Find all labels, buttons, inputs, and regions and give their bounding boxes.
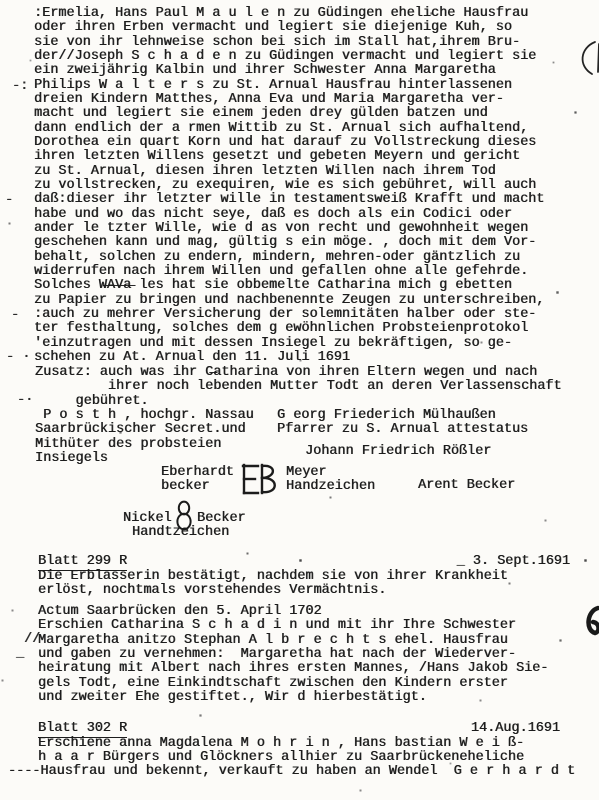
text-line: :Ermelia, Hans Paul M a u l e n zu Güdin…	[34, 7, 544, 21]
text-line: macht und legiert sie einem jeden drey g…	[34, 107, 544, 121]
text-line: ander le tzter Wille, wie d as von recht…	[34, 222, 544, 236]
margin-mark: - ·	[6, 351, 30, 365]
blatt-299-body: Die Erblasserin bestätigt, nachdem sie v…	[38, 570, 508, 599]
text-line: ter festhaltung, solches dem g ewöhnlich…	[34, 322, 544, 336]
signature-johann: Johann Friedrich Rößler	[305, 445, 491, 459]
handwritten-paren-annotation	[571, 40, 599, 76]
text-line: Erschien Catharina S c h a d i n und mit…	[38, 619, 548, 633]
text-line: und gaben zu vernehmen: Margaretha hat n…	[38, 648, 548, 662]
margin-mark: -	[5, 194, 13, 208]
text-line: Margaretha anitzo Stephan A l b r e c h …	[38, 634, 548, 648]
blatt-302-last-line: ----Hausfrau und bekennt, verkauft zu ha…	[8, 765, 575, 779]
signature-meyer: MeyerHandzeichen	[286, 466, 375, 495]
text-line: Solches W̶A̶V̶a̶ les hat sie obbemelte C…	[34, 279, 544, 293]
signature-arent-becker: Arent Becker	[418, 479, 515, 493]
text-line: G eorg Friederich Mülhaußen	[277, 409, 528, 423]
text-line: gebühret.	[35, 395, 562, 409]
text-line: behalt, solchen zu endern, mindern, mehr…	[34, 251, 544, 265]
text-line: Actum Saarbrücken den 5. April 1702	[38, 605, 548, 619]
text-line: zu vollstrecken, zu exequiren, wie es si…	[34, 179, 544, 193]
text-line: sie von ihr lehnweise schon bei sich im …	[34, 36, 544, 50]
blatt-302-body: Erschiene anna Magdalena M o h r i n , H…	[38, 737, 524, 766]
text-line: zu Papier zu bringen und nachbenennte Ze…	[34, 294, 544, 308]
eb-monogram-handmark	[238, 462, 280, 496]
zusatz-note: Zusatz: auch was ihr C̶atharina von ihre…	[35, 366, 562, 409]
text-line: becker	[161, 480, 234, 494]
text-line: Die Erblasserin bestätigt, nachdem sie v…	[38, 570, 508, 584]
margin-mark: -:	[12, 80, 28, 94]
text-line: Handzeichen	[286, 480, 375, 494]
text-line: Saarbrückischer Secret.und	[35, 423, 254, 437]
text-line: Erschiene anna Magdalena M o h r i n , H…	[38, 737, 524, 751]
text-line: P o s t h , hochgr. Nassau	[35, 409, 254, 423]
text-line: Philips W a l t e r s zu St. Arnual Haus…	[34, 79, 544, 93]
text-line: Zusatz: auch was ihr C̶atharina von ihre…	[35, 366, 562, 380]
testament-paragraph: :Ermelia, Hans Paul M a u l e n zu Güdin…	[34, 7, 544, 365]
handwritten-six-annotation	[583, 605, 599, 636]
margin-mark: -·	[17, 394, 33, 408]
signature-block-left: P o s t h , hochgr. NassauSaarbrückische…	[35, 409, 254, 466]
text-line: habe und wo das nicht seye, daß es doch …	[34, 208, 544, 222]
text-line: gels Todt, eine Einkindtschaft zwischen …	[38, 677, 548, 691]
text-line: h a a r Bürgers und Glöckners allhier zu…	[38, 751, 524, 765]
text-line: 'einzutragen und mit dessen Insiegel zu …	[34, 337, 544, 351]
text-line: Dorothea ein quart Korn und hat darauf z…	[34, 136, 544, 150]
text-line: geschehen kann und mag, gültig s ein mög…	[34, 236, 544, 250]
text-line: ein zweijährig Kalbin und ihrer Schweste…	[34, 64, 544, 78]
scanned-document-page: :Ermelia, Hans Paul M a u l e n zu Güdin…	[0, 0, 599, 800]
margin-mark: -	[11, 309, 19, 323]
text-line: oder ihren Erben vermacht und legiert si…	[34, 21, 544, 35]
text-line: widerrufen nach ihrem Willen und gefalle…	[34, 265, 544, 279]
scan-noise	[0, 0, 1, 1]
text-line: heiratung mit Albert nach ihres ersten M…	[38, 662, 548, 676]
actum-1702-body: Actum Saarbrücken den 5. April 1702Ersch…	[38, 605, 548, 705]
text-line: dann endlich der a rmen Wittib zu St. Ar…	[34, 122, 544, 136]
text-line: Meyer	[286, 466, 375, 480]
text-line: der//Joseph S c h a d e n zu Güdingen ve…	[34, 50, 544, 64]
text-line: zu St. Arnual, diesen ihren letzten Will…	[34, 165, 544, 179]
text-line: Mithüter des probsteien	[35, 438, 254, 452]
signature-block-right: G eorg Friederich MülhaußenPfarrer zu S.…	[277, 409, 528, 438]
text-line: dreien Kindern Matthes, Anna Eva und Mar…	[34, 93, 544, 107]
margin-mark: _	[16, 647, 24, 661]
text-line: erlöst, nochtmals vorstehendes Vermächtn…	[38, 584, 508, 598]
text-line: und zweiter Ehe gestiftet., Wir d hierbe…	[38, 691, 548, 705]
text-line: Eberhardt	[161, 466, 234, 480]
text-line: ihren letzten Willens gesetzt und gebete…	[34, 150, 544, 164]
text-line: Pfarrer zu S. Arnual attestatus	[277, 423, 528, 437]
text-line: daß:dieser ihr letzter wille in testamen…	[34, 193, 544, 207]
text-line: :auch zu mehrer Versicherung der solemni…	[34, 308, 544, 322]
text-line: ihrer noch lebenden Mutter Todt an deren…	[35, 380, 562, 394]
signature-handtzeichen: Handtzeichen	[132, 526, 229, 540]
text-line: schehen zu At. Arnual den 11. Juli 1691	[34, 351, 544, 365]
signature-eberhardt: Eberhardtbecker	[161, 466, 234, 495]
